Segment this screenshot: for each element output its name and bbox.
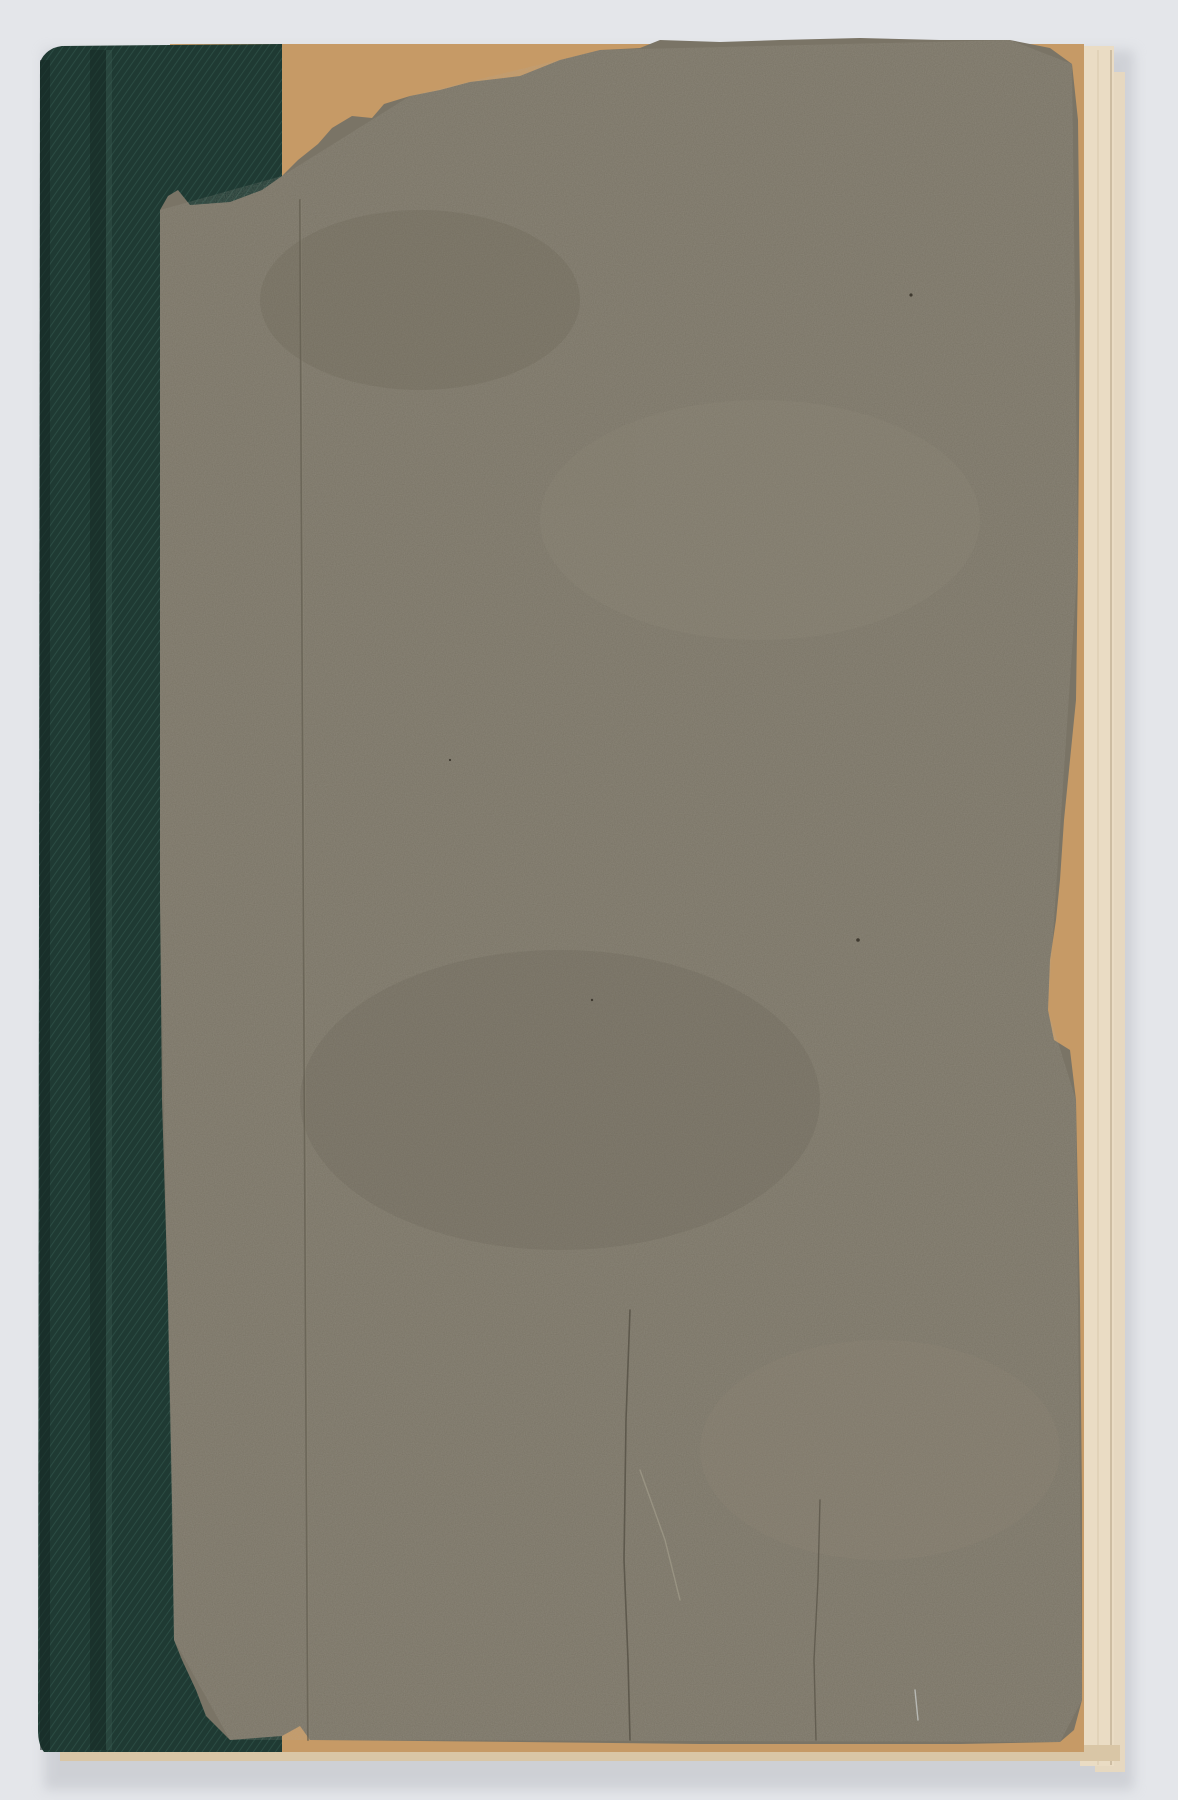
book-cover-photo: Photograph of a worn, unlabeled book cov…: [0, 0, 1178, 1800]
page-edges: [1080, 46, 1125, 1772]
book-cover-illustration: [0, 0, 1178, 1800]
